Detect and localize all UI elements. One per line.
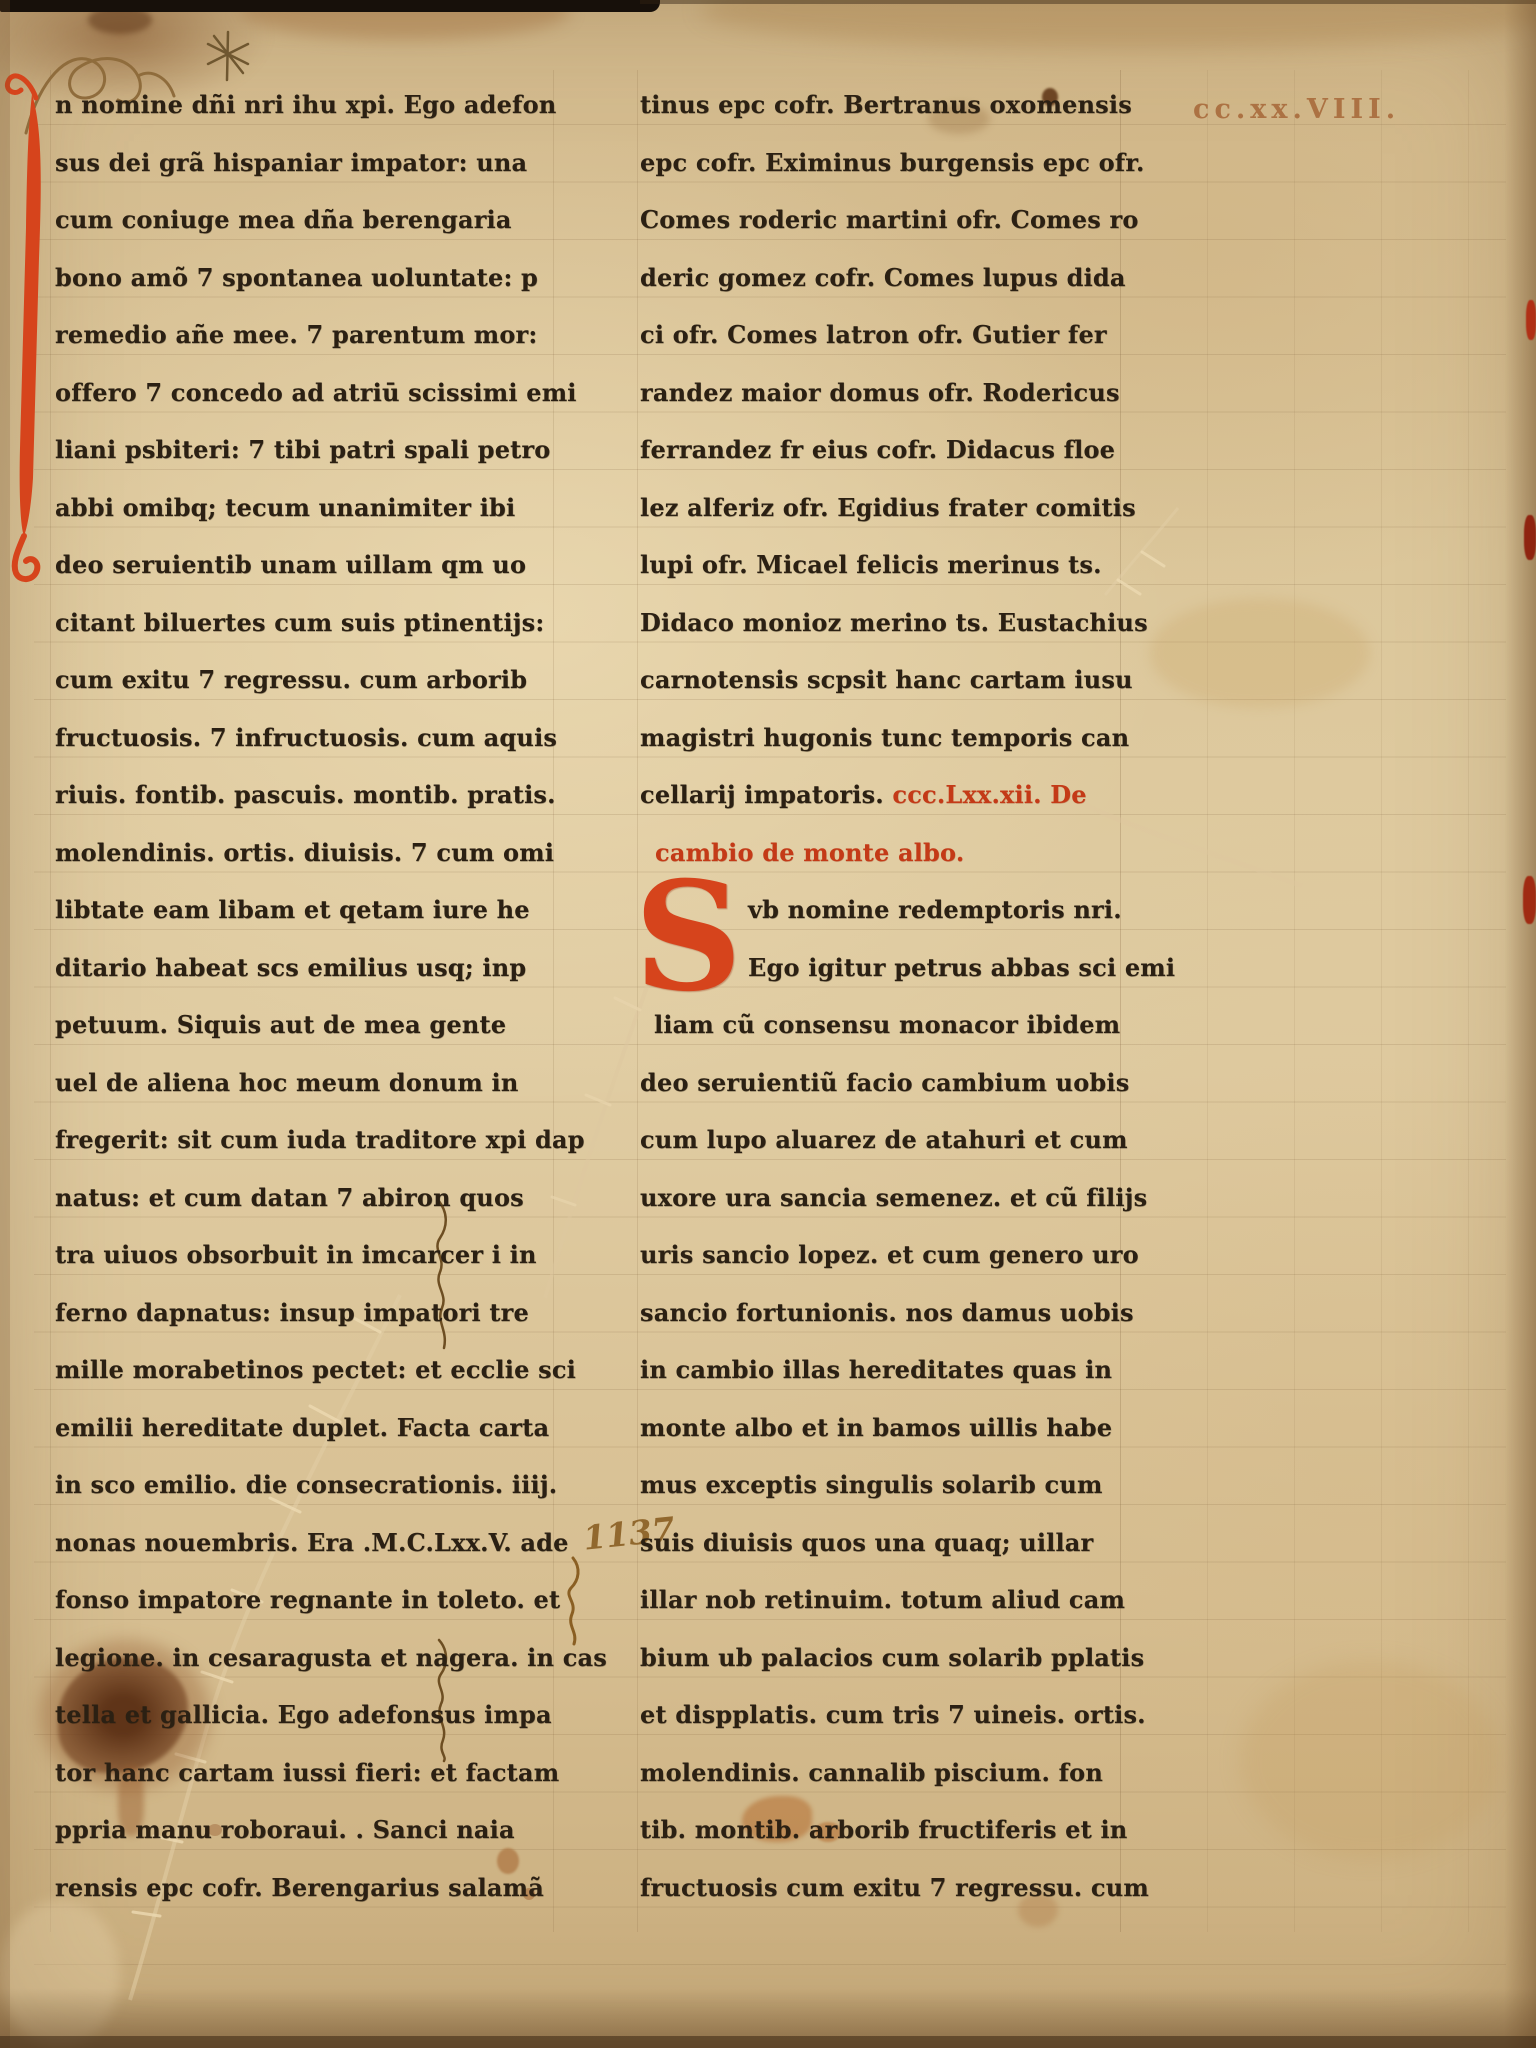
text-line: cellarij impatoris. ccc.Lxx.xii. De <box>640 775 1087 815</box>
text-line: ferrandez fr eius cofr. Didacus floe <box>640 430 1115 470</box>
initial-s: S <box>634 862 742 1012</box>
text-line: uel de aliena hoc meum donum in <box>55 1063 519 1103</box>
text-line: fructuosis cum exitu 7 regressu. cum <box>640 1868 1149 1908</box>
text-line: petuum. Siquis aut de mea gente <box>55 1005 506 1045</box>
text-line: carnotensis scpsit hanc cartam iusu <box>640 660 1133 700</box>
text-line: bono amõ 7 spontanea uoluntate: p <box>55 258 538 298</box>
text-line: Ego igitur petrus abbas sci emi <box>640 948 1175 988</box>
initial-i <box>2 58 58 588</box>
text-line: uxore ura sancia semenez. et cũ filijs <box>640 1178 1147 1218</box>
text-line: illar nob retinuim. totum aliud cam <box>640 1580 1125 1620</box>
text-line: abbi omibq; tecum unanimiter ibi <box>55 488 515 528</box>
text-line: monte albo et in bamos uillis habe <box>640 1408 1112 1448</box>
text-line: legione. in cesaragusta et nagera. in ca… <box>55 1638 607 1678</box>
text-line: riuis. fontib. pascuis. montib. pratis. <box>55 775 556 815</box>
text-line: Comes roderic martini ofr. Comes ro <box>640 200 1139 240</box>
text-line: tinus epc cofr. Bertranus oxomensis <box>640 85 1132 125</box>
page-edge <box>0 0 10 2048</box>
text-line: lupi ofr. Micael felicis merinus ts. <box>640 545 1102 585</box>
text-line: fructuosis. 7 infructuosis. cum aquis <box>55 718 557 758</box>
text-line: remedio añe mee. 7 parentum mor: <box>55 315 537 355</box>
text-line: suis diuisis quos una quaq; uillar <box>640 1523 1093 1563</box>
text-line: vb nomine redemptoris nri. <box>640 890 1122 930</box>
text-line: mille morabetinos pectet: et ecclie sci <box>55 1350 576 1390</box>
text-line: tor hanc cartam iussi fieri: et factam <box>55 1753 559 1793</box>
text-line: libtate eam libam et qetam iure he <box>55 890 530 930</box>
text-line: in cambio illas hereditates quas in <box>640 1350 1112 1390</box>
text-line: randez maior domus ofr. Rodericus <box>640 373 1120 413</box>
text-line: tella et gallicia. Ego adefonsus impa <box>55 1695 552 1735</box>
text-line: deo seruientiũ facio cambium uobis <box>640 1063 1129 1103</box>
text-line: deo seruientib unam uillam qm uo <box>55 545 526 585</box>
fore-edge-red <box>1524 515 1536 560</box>
text-line: Didaco monioz merino ts. Eustachius <box>640 603 1148 643</box>
text-line: tib. montib. arborib fructiferis et in <box>640 1810 1127 1850</box>
text-line: fonso impatore regnante in toleto. et <box>55 1580 560 1620</box>
text-line: rensis epc cofr. Berengarius salamã <box>55 1868 544 1908</box>
fore-edge-red <box>1526 300 1536 340</box>
text-line: ci ofr. Comes latron ofr. Gutier fer <box>640 315 1107 355</box>
text-line: cambio de monte albo. <box>640 833 964 873</box>
folio-number: cc.xx.VIII. <box>1193 94 1400 125</box>
text-line: et dispplatis. cum tris 7 uineis. ortis. <box>640 1695 1146 1735</box>
fore-edge-red <box>1523 876 1536 924</box>
margin-brace <box>565 1558 585 1646</box>
text-line: fregerit: sit cum iuda traditore xpi dap <box>55 1120 585 1160</box>
text-line: epc cofr. Eximinus burgensis epc ofr. <box>640 143 1145 183</box>
text-line: uris sancio lopez. et cum genero uro <box>640 1235 1139 1275</box>
text-line: n nomine dñi nri ihu xpi. Ego adefon <box>55 85 556 125</box>
text-line: liam cũ consensu monacor ibidem <box>640 1005 1120 1045</box>
text-line: sancio fortunionis. nos damus uobis <box>640 1293 1134 1333</box>
text-line: bium ub palacios cum solarib pplatis <box>640 1638 1144 1678</box>
text-line: citant biluertes cum suis ptinentijs: <box>55 603 544 643</box>
photo-edge <box>0 0 660 12</box>
text-line: lez alferiz ofr. Egidius frater comitis <box>640 488 1136 528</box>
text-line: cum coniuge mea dña berengaria <box>55 200 512 240</box>
text-line: in sco emilio. die consecrationis. iiij. <box>55 1465 557 1505</box>
manuscript-page: cc.xx.VIII. 1137 S n nomine dñi nri ihu … <box>0 0 1536 2048</box>
text-line: ditario habeat scs emilius usq; inp <box>55 948 526 988</box>
text-line: ppria manu roboraui. . Sanci naia <box>55 1810 515 1850</box>
asterisk-mark <box>200 24 256 86</box>
text-line: offero 7 concedo ad atriū scissimi emi <box>55 373 577 413</box>
text-line: sus dei grã hispaniar impator: una <box>55 143 527 183</box>
text-line: molendinis. cannalib piscium. fon <box>640 1753 1103 1793</box>
text-line: emilii hereditate duplet. Facta carta <box>55 1408 549 1448</box>
text-line: ferno dapnatus: insup impatori tre <box>55 1293 529 1333</box>
text-line: cum exitu 7 regressu. cum arborib <box>55 660 527 700</box>
page-edge <box>0 2036 1536 2048</box>
text-line: magistri hugonis tunc temporis can <box>640 718 1129 758</box>
text-line: nonas nouembris. Era .M.C.Lxx.V. ade <box>55 1523 569 1563</box>
text-line: tra uiuos obsorbuit in imcarcer i in <box>55 1235 537 1275</box>
photo-edge <box>640 0 1536 4</box>
text-line: deric gomez cofr. Comes lupus dida <box>640 258 1126 298</box>
text-line: natus: et cum datan 7 abiron quos <box>55 1178 524 1218</box>
text-line: molendinis. ortis. diuisis. 7 cum omi <box>55 833 554 873</box>
text-line: cum lupo aluarez de atahuri et cum <box>640 1120 1128 1160</box>
text-line: mus exceptis singulis solarib cum <box>640 1465 1103 1505</box>
text-line: liani psbiteri: 7 tibi patri spali petro <box>55 430 551 470</box>
